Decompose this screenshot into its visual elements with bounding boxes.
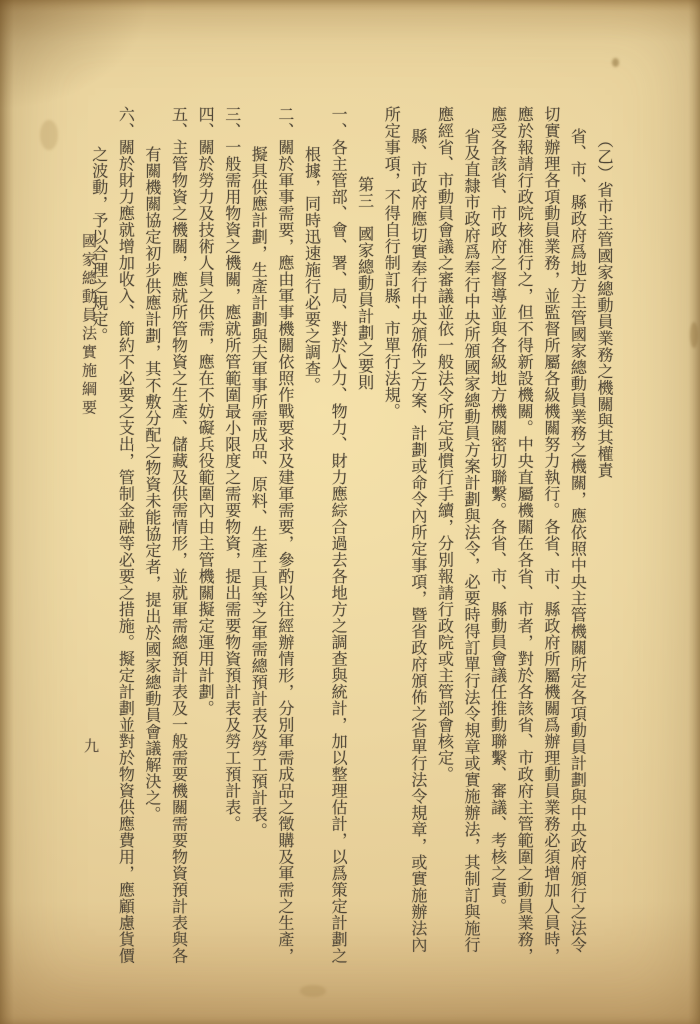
paper-corner-shadow bbox=[0, 0, 150, 110]
text-column: 所定事項，不得自行制訂縣、市單行法規。 bbox=[377, 106, 404, 1020]
margin-title: 國家總動員法實施綱要 bbox=[78, 233, 99, 418]
section-b-heading: （乙）省市主管國家總動員業務之機關與其權責 bbox=[589, 106, 616, 1020]
text-column: 切實辦理各項動員業務，並監督所屬各級機關努力執行。各省、市、縣政府所屬機關爲辦理… bbox=[536, 106, 563, 1020]
paper-edge-shadow-left bbox=[0, 0, 14, 1024]
item-continuation: 擬具供應計劃，生產計劃與夫軍事所需成品、原料、生產工具等之軍需總預計表及勞工預計… bbox=[244, 106, 271, 1020]
paper-stain bbox=[40, 120, 58, 150]
text-column: 應於報請行政院核准行之，但不得新設機關。中央直屬機關在各省、市者，對於各該省、市… bbox=[510, 106, 537, 1020]
text-column: 縣、市政府應切實奉行中央頒佈之方案、計劃或命令內所定事項，暨省政府頒佈之省單行法… bbox=[403, 106, 430, 1020]
text-column: 省、市、縣政府爲地方主管國家總動員業務之機關，應依照中央主管機關所定各項動員計劃… bbox=[563, 106, 590, 1020]
item-continuation: 有關機關協定初步供應計劃，其不敷分配之物資未能協定者，提出於國家總動員會議解決之… bbox=[137, 106, 164, 1020]
numbered-item: 二、關於軍事需要，應由軍事機關依照作戰要求及建軍需要，參酌以往經辦情形，分別軍需… bbox=[270, 106, 297, 1020]
numbered-item: 三、一般需用物資之機關，應就所管範圍最小限度之需要物資，提出需要物資預計表及勞工… bbox=[217, 106, 244, 1020]
numbered-item: 一、各主管部、會、署、局、對於人力、物力、財力應綜合過去各地方之調查與統計，加以… bbox=[323, 106, 350, 1020]
numbered-item: 四、關於勞力及技術人員之供需，應在不妨礙兵役範圍內由主管機關擬定運用計劃。 bbox=[191, 106, 218, 1020]
document-page: （乙）省市主管國家總動員業務之機關與其權責省、市、縣政府爲地方主管國家總動員業務… bbox=[0, 0, 700, 1024]
text-column: 應經省、市動員會議之審議並依一般法令所定或慣行手續，分別報請行政院或主管部會核定… bbox=[430, 106, 457, 1020]
paper-stain bbox=[612, 58, 619, 67]
page-number: 九 bbox=[80, 738, 101, 753]
text-column: 省及直隸市政府爲奉行中央所頒國家總動員方案計劃與法令，必要時得訂單行法令規章或實… bbox=[456, 106, 483, 1020]
section-heading: 第三 國家總動員計劃之要則 bbox=[350, 106, 377, 1020]
item-continuation: 根據，同時迅速施行必要之調查。 bbox=[297, 106, 324, 1020]
text-column: 應受各該省、市政府之督導並與各級地方機關密切聯繫。各省、市、縣動員會議任推動聯繫… bbox=[483, 106, 510, 1020]
numbered-item: 六、關於財力應就增加收入、節約不必要之支出，管制金融等必要之措施。擬定計劃並對於… bbox=[111, 106, 138, 1020]
paper-stain bbox=[690, 322, 698, 348]
paper-edge-shadow-right bbox=[688, 0, 700, 1024]
document-text-block: （乙）省市主管國家總動員業務之機關與其權責省、市、縣政府爲地方主管國家總動員業務… bbox=[80, 106, 616, 1020]
numbered-item: 五、主管物資之機關，應就所管物資之生產、儲藏及供需情形，並就軍需總預計表及一般需… bbox=[164, 106, 191, 1020]
